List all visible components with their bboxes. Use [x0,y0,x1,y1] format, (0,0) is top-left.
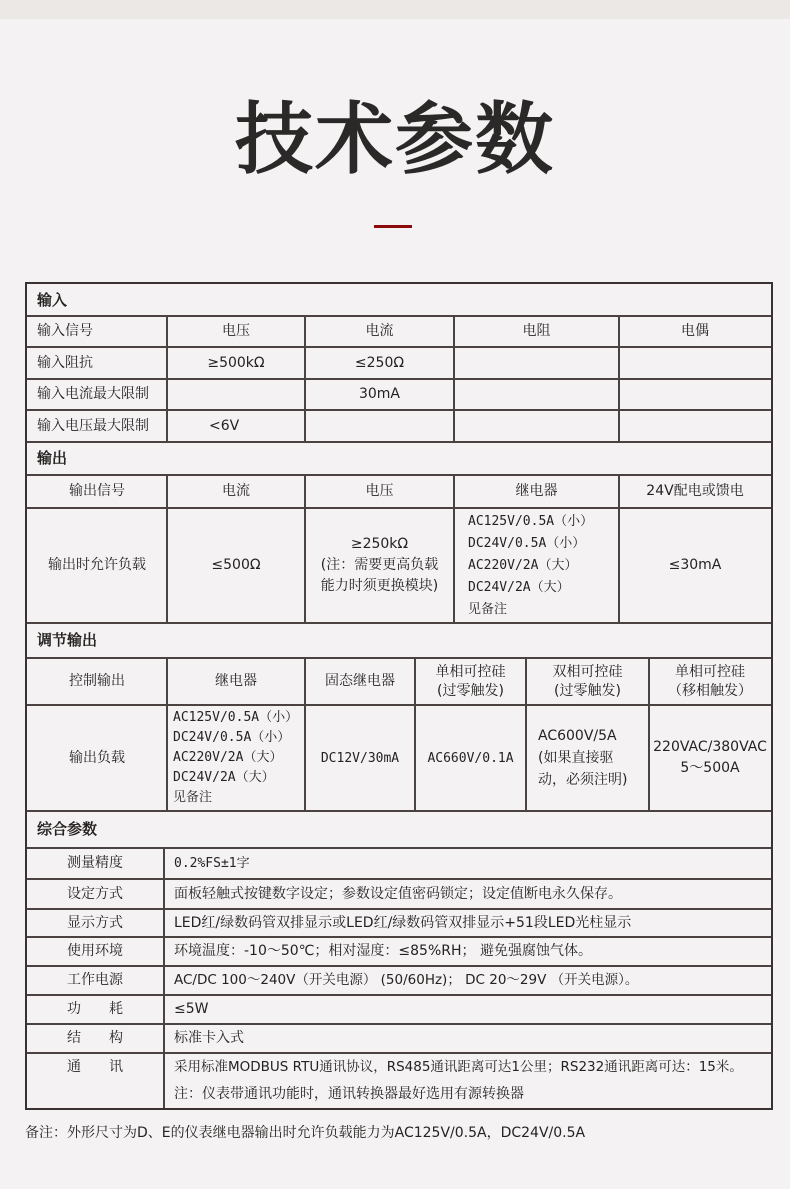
input-impedance-label: 输入阻抗 [27,347,167,379]
output-load-label: 输出时允许负载 [27,508,167,623]
general-power-consumption-value: ≤5W [164,995,771,1024]
input-max-voltage-label: 输入电压最大限制 [27,410,167,442]
input-max-voltage-current [305,410,454,442]
section-input-title: 输入 [27,284,771,316]
general-power-consumption-label: 功耗 [27,995,164,1024]
control-header-scr-dual-zero: 双相可控硅 (过零触发) [526,658,649,705]
output-load-current: ≤500Ω [167,508,305,623]
general-setting-label: 设定方式 [27,879,164,909]
control-load-ssr: DC12V/30mA [305,705,415,811]
general-structure-label: 结构 [27,1024,164,1053]
control-load-scr-dual-zero: AC600V/5A (如果直接驱 动，必须注明) [526,705,649,811]
general-environment-value: 环境温度：-10～50℃；相对湿度：≤85%RH； 避免强腐蚀气体。 [164,937,771,966]
general-environment-label: 使用环境 [27,937,164,966]
input-header-voltage: 电压 [167,316,305,347]
input-max-voltage-resistance [454,410,619,442]
input-impedance-voltage: ≥500kΩ [167,347,305,379]
input-max-current-resistance [454,379,619,410]
input-max-voltage-voltage: <6V [167,410,305,442]
output-load-voltage: ≥250kΩ (注：需要更高负载 能力时须更换模块) [305,508,454,623]
general-accuracy-label: 测量精度 [27,848,164,879]
general-display-label: 显示方式 [27,909,164,937]
input-header-label: 输入信号 [27,316,167,347]
input-max-current-thermocouple [619,379,771,410]
input-impedance-thermocouple [619,347,771,379]
input-header-resistance: 电阻 [454,316,619,347]
input-header-thermocouple: 电偶 [619,316,771,347]
output-header-24v-power: 24V配电或馈电 [619,475,771,508]
input-max-voltage-thermocouple [619,410,771,442]
section-general-title: 综合参数 [27,811,771,848]
general-display-value: LED红/绿数码管双排显示或LED红/绿数码管双排显示+51段LED光柱显示 [164,909,771,937]
output-header-current: 电流 [167,475,305,508]
control-header-scr-single-zero: 单相可控硅 (过零触发) [415,658,526,705]
output-load-relay: AC125V/0.5A（小） DC24V/0.5A（小） AC220V/2A（大… [454,508,619,623]
input-max-current-current: 30mA [305,379,454,410]
output-header-voltage: 电压 [305,475,454,508]
section-output-title: 输出 [27,442,771,475]
general-accuracy-value: 0.2%FS±1字 [164,848,771,879]
control-load-label: 输出负载 [27,705,167,811]
control-load-scr-single-phase: 220VAC/380VAC 5～500A [649,705,771,811]
general-communication-note: 注：仪表带通讯功能时，通讯转换器最好选用有源转换器 [164,1081,771,1108]
output-header-label: 输出信号 [27,475,167,508]
general-communication-value: 采用标准MODBUS RTU通讯协议，RS485通讯距离可达1公里；RS232通… [164,1053,771,1081]
control-header-relay: 继电器 [167,658,305,705]
footnote: 备注：外形尺寸为D、E的仪表继电器输出时允许负载能力为AC125V/0.5A，D… [25,1122,585,1142]
general-power-supply-label: 工作电源 [27,966,164,995]
general-communication-label: 通讯 [27,1053,164,1081]
input-header-current: 电流 [305,316,454,347]
output-header-relay: 继电器 [454,475,619,508]
control-header-ssr: 固态继电器 [305,658,415,705]
top-band [0,0,790,19]
control-load-scr-single-zero: AC660V/0.1A [415,705,526,811]
control-header-scr-single-phase: 单相可控硅 （移相触发） [649,658,771,705]
spec-table: 输入 输入信号 电压 电流 电阻 电偶 输入阻抗 ≥500kΩ ≤250Ω 输入… [25,282,773,1110]
input-max-current-voltage [167,379,305,410]
input-impedance-current: ≤250Ω [305,347,454,379]
general-setting-value: 面板轻触式按键数字设定；参数设定值密码锁定；设定值断电永久保存。 [164,879,771,909]
control-header-label: 控制输出 [27,658,167,705]
general-power-supply-value: AC/DC 100～240V（开关电源） (50/60Hz)； DC 20～29… [164,966,771,995]
general-structure-value: 标准卡入式 [164,1024,771,1053]
page-title: 技术参数 [0,92,790,188]
input-max-current-label: 输入电流最大限制 [27,379,167,410]
section-control-title: 调节输出 [27,623,771,658]
control-load-relay: AC125V/0.5A（小） DC24V/0.5A（小） AC220V/2A（大… [167,705,305,811]
title-underline [374,225,412,228]
input-impedance-resistance [454,347,619,379]
output-load-power: ≤30mA [619,508,771,623]
